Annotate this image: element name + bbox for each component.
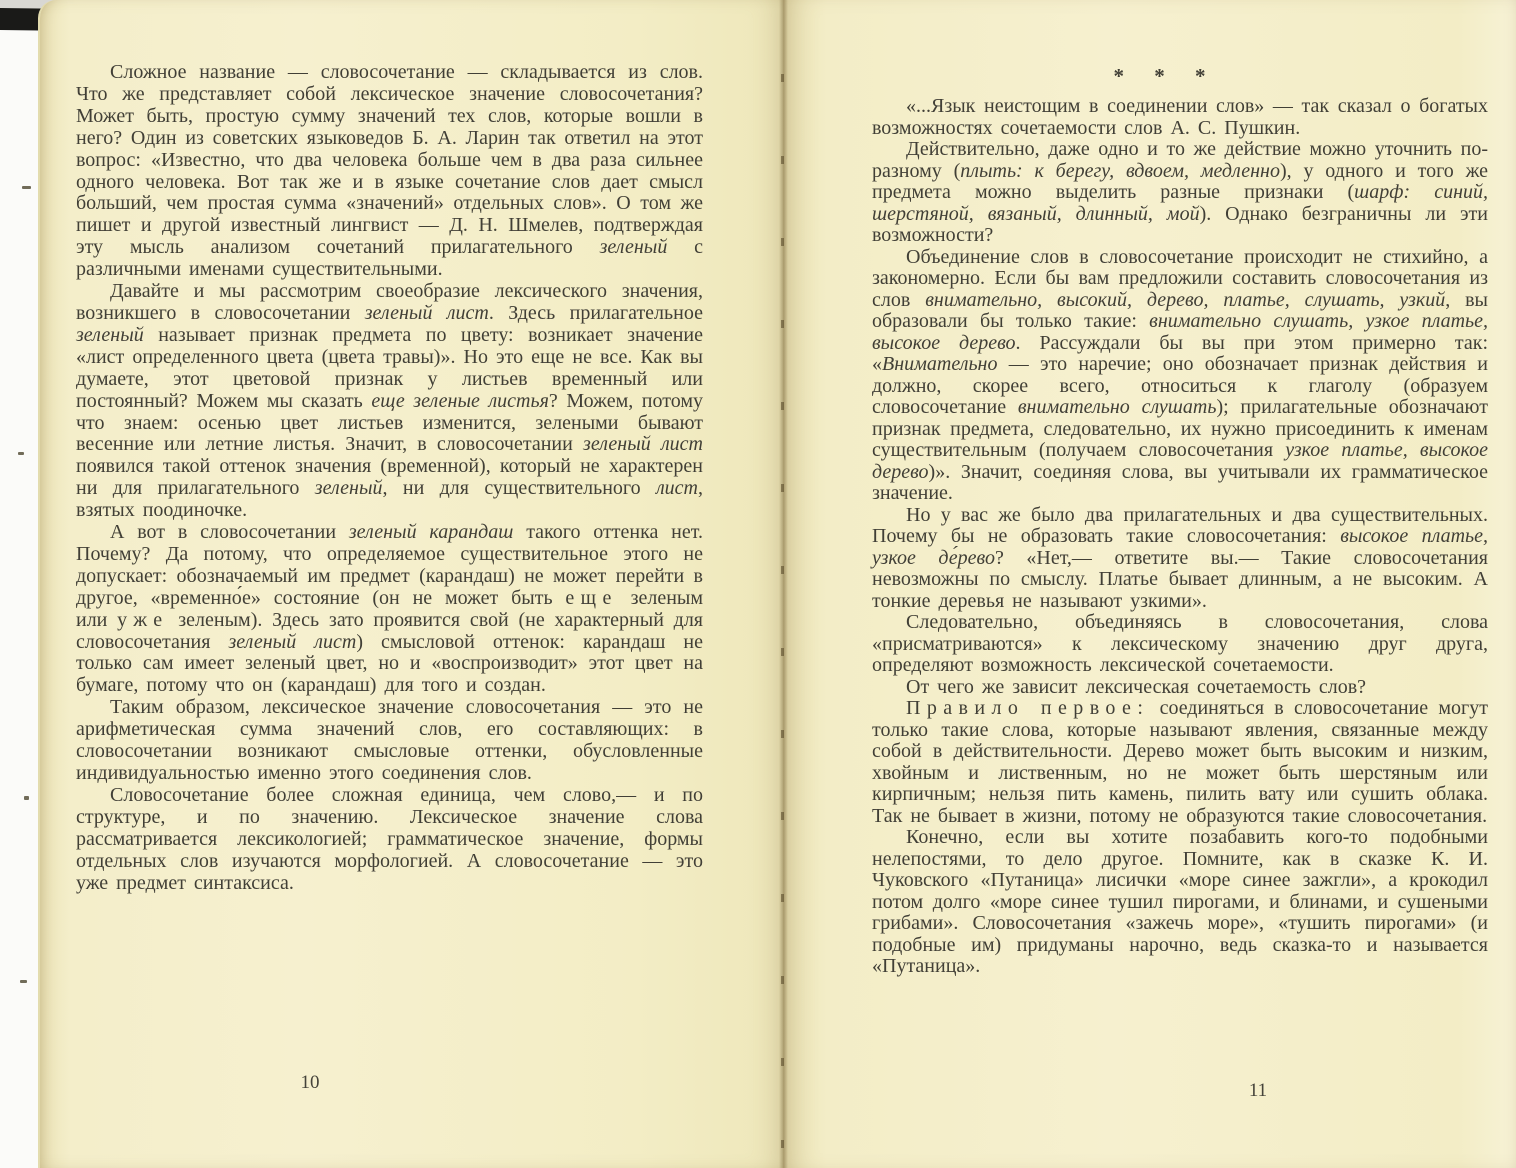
- paragraph: «...Язык неистощим в соединении слов» — …: [872, 96, 1488, 139]
- italic-text: плыть: к берегу, вдвоем, медленно: [960, 160, 1280, 182]
- scan-speck: [18, 452, 24, 455]
- text-segment: От чего же зависит лексическая сочетаемо…: [906, 676, 1366, 698]
- italic-text: Внимательно: [882, 353, 997, 375]
- italic-text: внимательно слушать: [1018, 396, 1217, 418]
- text-segment: Словосочетание более сложная единица, че…: [76, 784, 703, 894]
- italic-text: еще зеленые листья: [371, 390, 549, 412]
- emphasized-text: Правило первое:: [906, 697, 1149, 719]
- paragraph: От чего же зависит лексическая сочетаемо…: [872, 677, 1488, 699]
- italic-text: зеленый карандаш: [349, 521, 514, 543]
- paragraph: Правило первое: соединяться в словосочет…: [872, 698, 1488, 827]
- paragraph: Конечно, если вы хотите позабавить кого-…: [872, 827, 1488, 978]
- text-segment: . Здесь прилагательное: [489, 302, 703, 324]
- italic-text: лист: [656, 477, 698, 499]
- text-segment: Сложное название — словосочетание — скла…: [76, 61, 703, 258]
- text-segment: «...Язык неистощим в соединении слов» — …: [872, 95, 1488, 139]
- scan-speck: [20, 980, 27, 983]
- text-segment: Таким образом, лексическое значение слов…: [76, 696, 703, 784]
- text-segment: )». Значит, соединяя слова, вы учитывали…: [872, 461, 1488, 505]
- italic-text: внимательно, высокий, дерево, платье, сл…: [925, 289, 1445, 311]
- scan-speck: [24, 796, 29, 800]
- paragraph: Сложное название — словосочетание — скла…: [76, 62, 703, 281]
- paragraph: А вот в словосочетании зеленый карандаш …: [76, 522, 703, 697]
- paragraph: Но у вас же было два прилагательных и дв…: [872, 505, 1488, 613]
- page-number-right: 11: [1236, 1080, 1280, 1102]
- paragraph: Действительно, даже одно и то же действи…: [872, 139, 1488, 247]
- book-scan: Сложное название — словосочетание — скла…: [0, 0, 1516, 1168]
- paragraph: Таким образом, лексическое значение слов…: [76, 697, 703, 785]
- gutter-stitches: [781, 0, 784, 1168]
- emphasized-text: уже: [117, 609, 168, 631]
- italic-text: зеленый: [315, 477, 383, 499]
- italic-text: зеленый лист: [583, 433, 703, 455]
- italic-text: зеленый лист: [365, 302, 489, 324]
- page-number-left: 10: [288, 1072, 332, 1094]
- scan-speck: [22, 186, 31, 189]
- emphasized-text: еще: [565, 587, 617, 609]
- text-segment: Следовательно, объединяясь в словосочета…: [872, 611, 1488, 676]
- text-segment: Конечно, если вы хотите позабавить кого-…: [872, 826, 1488, 977]
- section-separator: * * *: [1044, 64, 1284, 89]
- paragraph: Объединение слов в словосочетание происх…: [872, 247, 1488, 505]
- paragraph: Давайте и мы рассмотрим своеобразие лекс…: [76, 281, 703, 522]
- page-right-text: «...Язык неистощим в соединении слов» — …: [872, 96, 1488, 978]
- page-left-text: Сложное название — словосочетание — скла…: [76, 62, 703, 894]
- text-segment: , ни для существительного: [383, 477, 656, 499]
- italic-text: зеленый: [600, 236, 668, 258]
- text-segment: А вот в словосочетании: [110, 521, 349, 543]
- italic-text: зеленый: [76, 324, 144, 346]
- italic-text: зеленый лист: [228, 631, 356, 653]
- paragraph: Следовательно, объединяясь в словосочета…: [872, 612, 1488, 677]
- paragraph: Словосочетание более сложная единица, че…: [76, 785, 703, 895]
